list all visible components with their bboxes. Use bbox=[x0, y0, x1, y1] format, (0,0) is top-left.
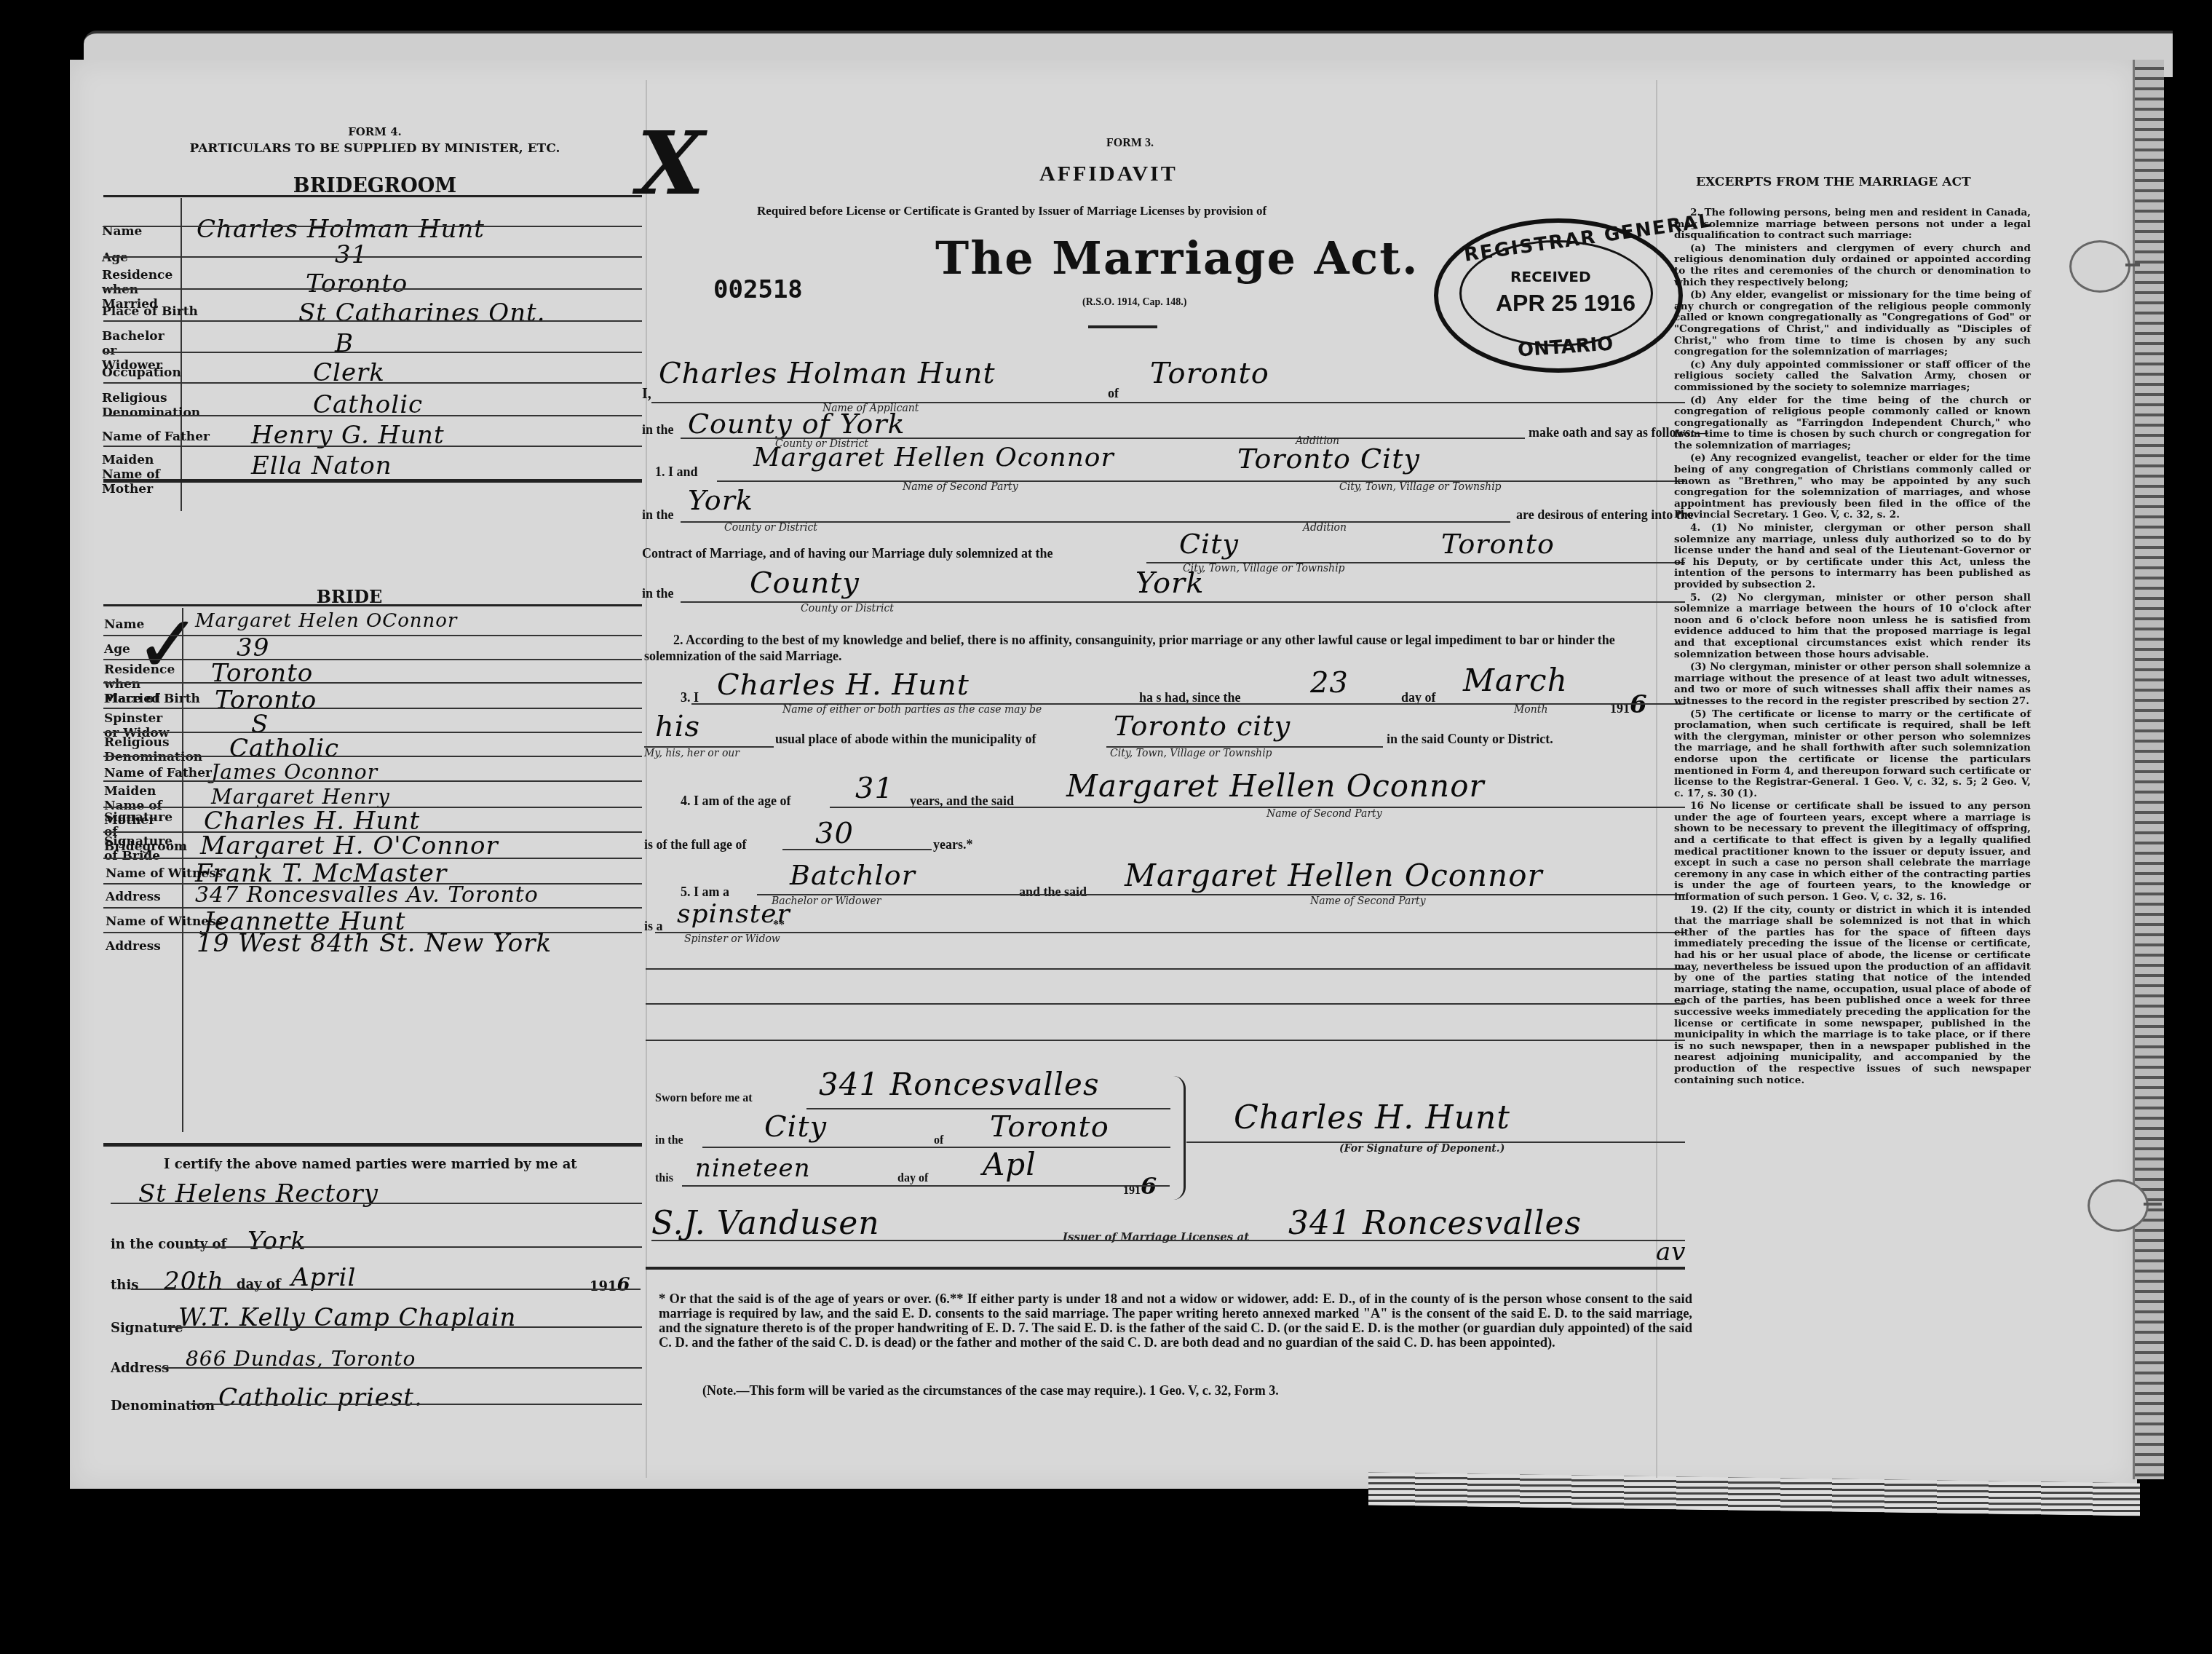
fill-line bbox=[702, 1147, 1170, 1148]
applicant-prefix: I, bbox=[642, 386, 651, 403]
caption: Month bbox=[1514, 704, 1547, 716]
applicant-county: County of York bbox=[688, 408, 905, 440]
caption: Name of Second Party bbox=[1310, 895, 1426, 907]
p3-abode-text: usual place of abode within the municipa… bbox=[775, 732, 1036, 747]
binder-slot bbox=[2125, 264, 2140, 266]
in-the-label: in the bbox=[642, 422, 674, 438]
p4-party: Margaret Hellen Oconnor bbox=[1066, 768, 1485, 804]
binder-hole-icon bbox=[2088, 1179, 2149, 1232]
bride-residence-value: Toronto bbox=[211, 659, 313, 688]
excerpt-paragraph: 5. (2) No clergyman, minister or other p… bbox=[1674, 593, 2031, 661]
minister-denomination: Catholic priest. bbox=[218, 1383, 423, 1412]
fill-line bbox=[188, 1246, 642, 1248]
fill-line bbox=[111, 1203, 642, 1204]
applicant-name: Charles Holman Hunt bbox=[659, 357, 996, 390]
groom-name-value: Charles Holman Hunt bbox=[197, 215, 485, 244]
county-label: in the county of bbox=[111, 1238, 226, 1252]
p4-years: years.* bbox=[933, 837, 972, 852]
row-label: Place of Birth bbox=[104, 692, 200, 706]
p5-mid: and the said bbox=[1019, 885, 1087, 900]
p5-party: Margaret Hellen Oconnor bbox=[1125, 858, 1543, 893]
caption: City, Town, Village or Township bbox=[1183, 563, 1345, 574]
caption: County or District bbox=[801, 603, 894, 614]
fill-line bbox=[655, 932, 1685, 933]
p1-prefix: 1. I and bbox=[655, 464, 698, 480]
row-rule bbox=[103, 415, 642, 416]
p2-text: 2. According to the best of my knowledge… bbox=[644, 632, 1685, 664]
row-label: Name of Father bbox=[104, 766, 212, 780]
row-rule bbox=[103, 708, 642, 709]
sworn-day: nineteen bbox=[695, 1154, 811, 1183]
excerpt-paragraph: (5) The certificate or license to marry … bbox=[1674, 709, 2031, 800]
row-label: Address bbox=[106, 890, 161, 904]
excerpt-paragraph: (c) Any duly appointed commissioner or s… bbox=[1674, 360, 2031, 394]
row-label: Religious Denomination bbox=[104, 735, 184, 764]
signature-label: Signature bbox=[111, 1321, 183, 1336]
excerpt-paragraph: (3) No clergyman, minister or other pers… bbox=[1674, 662, 2031, 707]
in-the-label: in the bbox=[642, 586, 674, 601]
caption: County or District bbox=[724, 522, 817, 534]
this-label: this bbox=[655, 1172, 673, 1185]
excerpt-paragraph: (a) The ministers and clergymen of every… bbox=[1674, 243, 2031, 288]
p4-full-age: is of the full age of bbox=[644, 837, 746, 852]
row-rule bbox=[103, 732, 642, 733]
caption: Name of either or both parties as the ca… bbox=[782, 704, 1042, 716]
row-rule bbox=[103, 659, 642, 660]
day-of-label: day of bbox=[237, 1278, 281, 1292]
sworn-type: City bbox=[764, 1110, 827, 1144]
solemnize-type: City bbox=[1179, 528, 1239, 560]
day-of-label: day of bbox=[897, 1172, 928, 1185]
excerpt-paragraph: 16 No license or certificate shall be is… bbox=[1674, 801, 2031, 903]
form3-label: FORM 3. bbox=[1106, 137, 1154, 150]
fill-line bbox=[830, 807, 1685, 808]
footnote-text: * Or that the said is of the age of year… bbox=[659, 1292, 1692, 1350]
row-rule bbox=[103, 256, 642, 258]
p3-municipality: Toronto city bbox=[1114, 710, 1291, 742]
row-rule bbox=[103, 226, 642, 227]
issuer-place: 341 Roncesvalles bbox=[1288, 1205, 1582, 1242]
stacked-pages-edge bbox=[2133, 60, 2164, 1479]
stamp-received: RECEIVED bbox=[1510, 268, 1591, 285]
excerpts-title: EXCERPTS FROM THE MARRIAGE ACT bbox=[1696, 175, 1971, 189]
row-label: Signature of Bride bbox=[104, 834, 184, 863]
caption: Spinster or Widow bbox=[684, 933, 780, 945]
affidavit-subtitle: Required before License or Certificate i… bbox=[757, 204, 1266, 218]
marriage-place: St Helens Rectory bbox=[138, 1179, 378, 1208]
row-rule bbox=[103, 446, 642, 447]
groom-birthplace-value: St Catharines Ont. bbox=[298, 298, 546, 328]
p5-suffix: ** bbox=[773, 919, 785, 932]
fill-line bbox=[162, 1367, 642, 1369]
excerpt-paragraph: (e) Any recognized evangelist, teacher o… bbox=[1674, 453, 2031, 521]
bride-name-value: Margaret Helen OConnor bbox=[195, 610, 457, 632]
solemnize-place: Toronto bbox=[1441, 528, 1555, 560]
fill-line bbox=[646, 1040, 1685, 1041]
excerpts-body: 2. The following persons, being men and … bbox=[1674, 207, 2031, 1088]
excerpt-paragraph: 4. (1) No minister, clergyman or other p… bbox=[1674, 523, 2031, 591]
fill-line bbox=[806, 1108, 1170, 1109]
table-rule bbox=[103, 604, 642, 606]
form-note: (Note.—This form will be varied as the c… bbox=[702, 1383, 1279, 1398]
fill-line bbox=[646, 968, 1685, 970]
caption: (For Signature of Deponent.) bbox=[1339, 1143, 1505, 1155]
x-mark: X bbox=[637, 120, 705, 207]
fill-line bbox=[717, 480, 1685, 482]
bride-age-value: 39 bbox=[237, 633, 269, 662]
in-the-label: in the bbox=[655, 1134, 683, 1147]
excerpt-paragraph: 2. The following persons, being men and … bbox=[1674, 207, 2031, 242]
p5-prefix: 5. I am a bbox=[681, 885, 729, 900]
affidavit-title: AFFIDAVIT bbox=[1039, 162, 1178, 186]
marriage-month: April bbox=[291, 1263, 356, 1292]
row-label: Name of Father bbox=[102, 430, 210, 444]
row-rule bbox=[103, 635, 642, 636]
excerpt-paragraph: (b) Any elder, evangelist or missionary … bbox=[1674, 290, 2031, 358]
excerpt-paragraph: 19. (2) If the city, county or district … bbox=[1674, 905, 2031, 1087]
caption: Name of Second Party bbox=[1266, 808, 1382, 820]
sworn-label: Sworn before me at bbox=[655, 1092, 752, 1105]
groom-mother-value: Ella Naton bbox=[251, 451, 392, 480]
minister-signature: W.T. Kelly Camp Chaplain bbox=[178, 1303, 516, 1332]
certification-statement: I certify the above named parties were m… bbox=[164, 1158, 577, 1172]
row-label: Occupation bbox=[102, 365, 181, 380]
serial-number: 002518 bbox=[713, 275, 803, 304]
section-rule bbox=[646, 1267, 1685, 1270]
of-label: of bbox=[934, 1134, 943, 1147]
row-label: Age bbox=[102, 250, 128, 265]
act-title: The Marriage Act. bbox=[935, 232, 1419, 285]
issuer-signature: S.J. Vandusen bbox=[651, 1205, 880, 1242]
sworn-city: Toronto bbox=[990, 1110, 1109, 1144]
year-label: 1916 bbox=[590, 1278, 631, 1294]
row-label: Place of Birth bbox=[102, 304, 198, 319]
applicant-place: Toronto bbox=[1150, 357, 1269, 390]
this-label: this bbox=[111, 1278, 138, 1293]
groom-status-value: B bbox=[335, 329, 354, 358]
p4-age: 31 bbox=[855, 772, 894, 805]
p3-month: March bbox=[1463, 662, 1568, 698]
row-label: Address bbox=[106, 939, 161, 954]
section-rule bbox=[103, 1143, 642, 1147]
fill-line bbox=[757, 894, 1685, 895]
binder-hole-icon bbox=[2069, 240, 2130, 293]
deponent-signature: Charles H. Hunt bbox=[1234, 1099, 1510, 1136]
bride-religion-value: Catholic bbox=[229, 734, 339, 763]
excerpt-paragraph: (d) Any elder for the time being of the … bbox=[1674, 395, 2031, 452]
p3-year: 1916 bbox=[1610, 690, 1648, 719]
act-reference: (R.S.O. 1914, Cap. 148.) bbox=[1082, 297, 1187, 309]
row-label: Maiden Name of Mother bbox=[102, 453, 186, 496]
row-rule bbox=[103, 352, 642, 353]
p3-county-text: in the said County or District. bbox=[1387, 732, 1553, 747]
fill-line bbox=[682, 1185, 1170, 1187]
second-party-place: Toronto City bbox=[1237, 443, 1420, 475]
fill-line bbox=[131, 1289, 641, 1290]
marriage-day: 20th bbox=[164, 1267, 224, 1296]
of-label: of bbox=[1108, 386, 1119, 401]
title-underline bbox=[1088, 325, 1157, 328]
fill-line bbox=[167, 1326, 642, 1328]
fill-line bbox=[651, 402, 1685, 403]
fill-line bbox=[191, 1404, 642, 1405]
in-the-label: in the bbox=[642, 507, 674, 523]
caption: My, his, her or our bbox=[644, 748, 740, 759]
solemnize-county: York bbox=[1135, 566, 1204, 600]
denomination-label: Denomination bbox=[111, 1399, 215, 1414]
contract-text: Contract of Marriage, and of having our … bbox=[642, 546, 1053, 561]
sworn-place: 341 Roncesvalles bbox=[819, 1067, 1099, 1102]
groom-age-value: 31 bbox=[335, 240, 368, 269]
stamp-date: APR 25 1916 bbox=[1496, 290, 1636, 317]
caption: Name of Second Party bbox=[903, 481, 1018, 493]
row-rule bbox=[103, 382, 642, 384]
witness2-address: 19 West 84th St. New York bbox=[197, 929, 552, 958]
row-label: Name bbox=[104, 617, 144, 632]
row-rule bbox=[103, 320, 642, 322]
bride-mother-value: Margaret Henry bbox=[211, 785, 390, 809]
fill-line bbox=[782, 849, 932, 850]
form4-label: FORM 4. bbox=[95, 125, 655, 138]
p3-name: Charles H. Hunt bbox=[717, 668, 970, 702]
row-rule bbox=[103, 682, 642, 684]
second-party-county: York bbox=[688, 484, 753, 516]
bracket bbox=[1173, 1076, 1186, 1200]
p3-pronoun: his bbox=[655, 710, 700, 743]
issuer-label: Issuer of Marriage Licenses at bbox=[1063, 1230, 1249, 1243]
fill-line bbox=[646, 1003, 1685, 1005]
caption: City, Town, Village or Township bbox=[1339, 481, 1502, 493]
binder-slot bbox=[2144, 1203, 2162, 1206]
issuer-place-cont: av bbox=[1656, 1238, 1686, 1267]
p4-prefix: 4. I am of the age of bbox=[681, 794, 790, 809]
desirous-text: are desirous of entering into the bbox=[1516, 507, 1694, 523]
marriage-county: York bbox=[247, 1227, 306, 1256]
bride-signature: Margaret H. O'Connor bbox=[200, 831, 499, 860]
section-rule bbox=[103, 479, 642, 483]
p3-day: 23 bbox=[1310, 666, 1349, 700]
fill-line bbox=[651, 1240, 1685, 1241]
table-rule bbox=[103, 195, 642, 197]
address-label: Address bbox=[111, 1361, 169, 1376]
row-rule bbox=[103, 756, 642, 757]
groom-residence-value: Toronto bbox=[306, 269, 408, 298]
bridegroom-title: BRIDEGROOM bbox=[95, 175, 655, 197]
solemnize-county-type: County bbox=[750, 566, 860, 600]
p5-status: Batchlor bbox=[790, 859, 916, 891]
sworn-month: Apl bbox=[983, 1147, 1036, 1182]
row-label: Age bbox=[104, 642, 130, 657]
form4-heading: PARTICULARS TO BE SUPPLIED BY MINISTER, … bbox=[95, 141, 655, 156]
caption: Addition bbox=[1303, 522, 1347, 534]
witness1-address: 347 Roncesvalles Av. Toronto bbox=[195, 882, 539, 908]
p4-party-age: 30 bbox=[815, 817, 854, 850]
row-rule bbox=[103, 780, 642, 782]
caption: City, Town, Village or Township bbox=[1110, 748, 1272, 759]
row-rule bbox=[103, 288, 642, 290]
second-party-name: Margaret Hellen Oconnor bbox=[753, 443, 1114, 472]
